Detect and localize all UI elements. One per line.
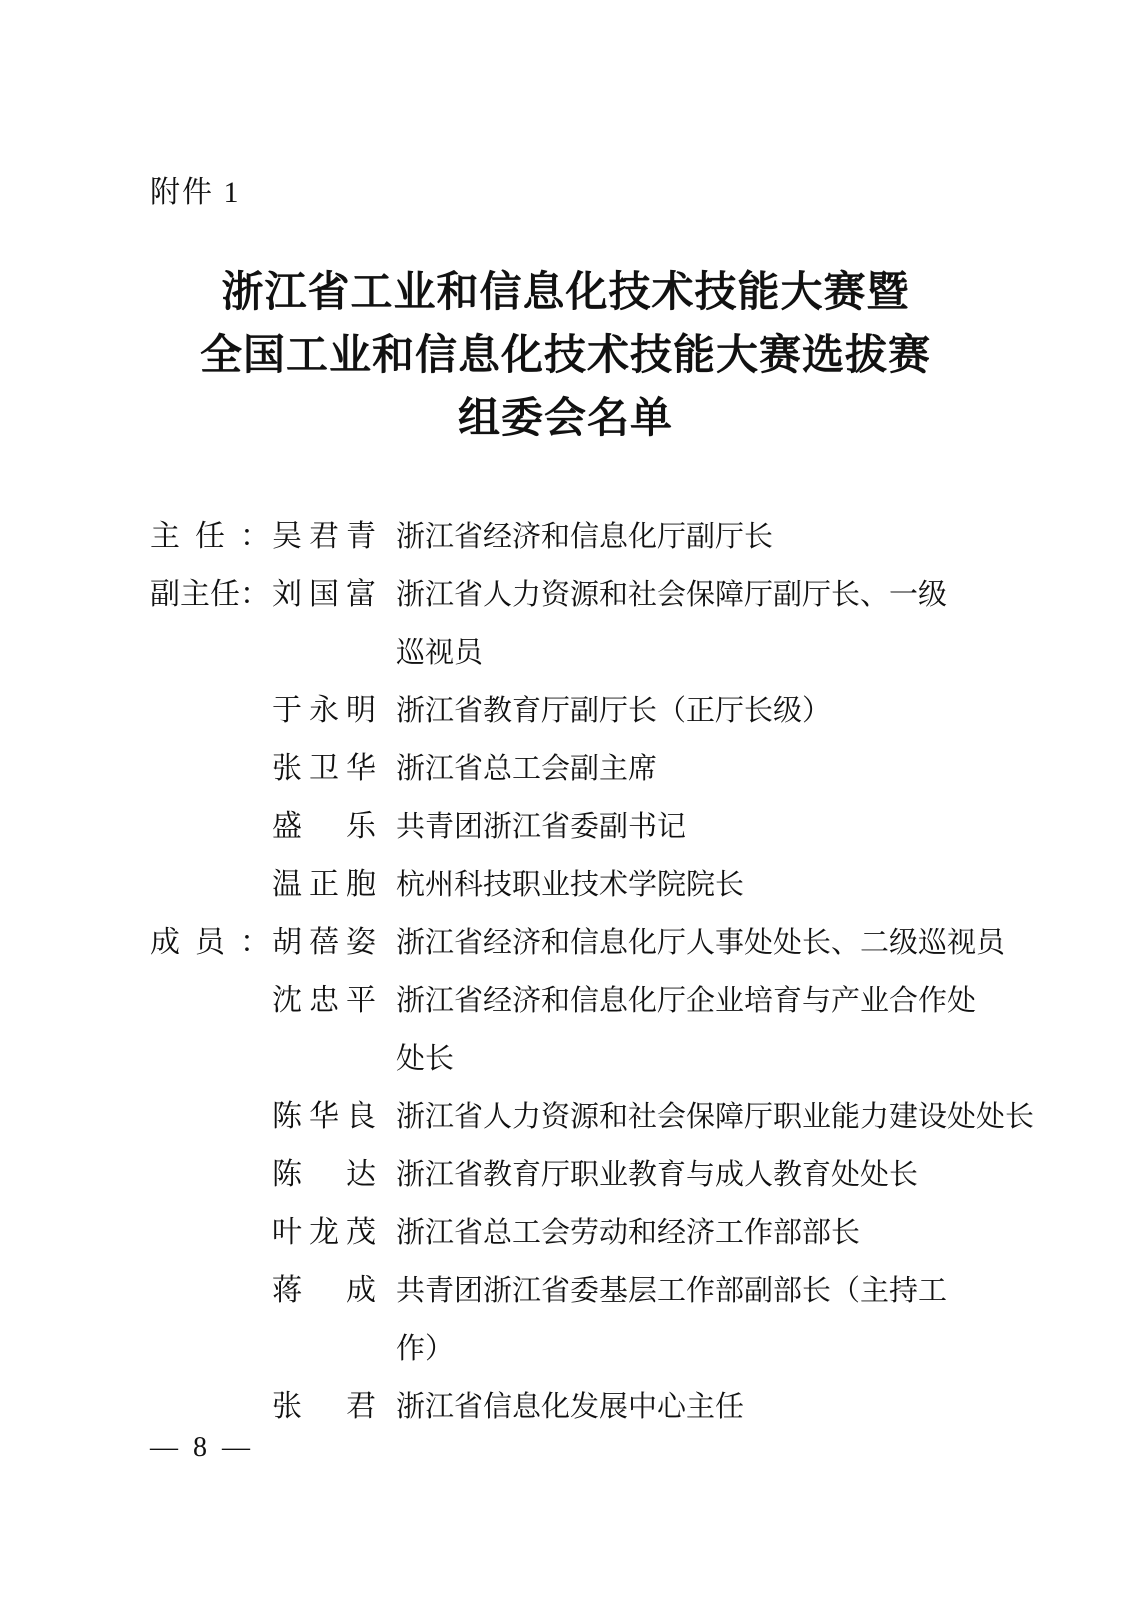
member-title: 浙江省总工会副主席 — [396, 740, 1050, 798]
committee-row: 蒋成 共青团浙江省委基层工作部副部长（主持工 作） — [150, 1262, 1050, 1378]
member-title: 共青团浙江省委副书记 — [396, 798, 1050, 856]
member-name: 盛乐 — [272, 798, 376, 856]
document-title: 浙江省工业和信息化技术技能大赛暨 全国工业和信息化技术技能大赛选拔赛 组委会名单 — [0, 262, 1131, 451]
document-page: 附件 1 浙江省工业和信息化技术技能大赛暨 全国工业和信息化技术技能大赛选拔赛 … — [0, 0, 1131, 1600]
role-label: 副主任： — [150, 566, 270, 624]
member-name: 陈达 — [272, 1146, 376, 1204]
document-title-line-1: 浙江省工业和信息化技术技能大赛暨 — [0, 262, 1131, 325]
member-name: 叶龙茂 — [272, 1204, 376, 1262]
role-label: 成员： — [150, 914, 270, 972]
committee-list: 主任： 吴君青 浙江省经济和信息化厅副厅长 副主任： 刘国富 浙江省人力资源和社… — [150, 508, 1050, 1436]
member-title: 浙江省人力资源和社会保障厅副厅长、一级 巡视员 — [396, 566, 1050, 682]
member-name: 陈华良 — [272, 1088, 376, 1146]
committee-row: 叶龙茂 浙江省总工会劳动和经济工作部部长 — [150, 1204, 1050, 1262]
member-name: 张卫华 — [272, 740, 376, 798]
committee-row: 陈达 浙江省教育厅职业教育与成人教育处处长 — [150, 1146, 1050, 1204]
member-title: 浙江省教育厅职业教育与成人教育处处长 — [396, 1146, 1050, 1204]
role-label: 主任： — [150, 508, 270, 566]
committee-row: 陈华良 浙江省人力资源和社会保障厅职业能力建设处处长 — [150, 1088, 1050, 1146]
member-title: 浙江省信息化发展中心主任 — [396, 1378, 1050, 1436]
attachment-label: 附件 1 — [150, 172, 241, 214]
member-name: 吴君青 — [272, 508, 376, 566]
member-title: 浙江省经济和信息化厅副厅长 — [396, 508, 1050, 566]
member-name: 于永明 — [272, 682, 376, 740]
member-name: 温正胞 — [272, 856, 376, 914]
member-title: 共青团浙江省委基层工作部副部长（主持工 作） — [396, 1262, 1050, 1378]
page-number: — 8 — — [150, 1432, 254, 1464]
committee-row: 盛乐 共青团浙江省委副书记 — [150, 798, 1050, 856]
document-title-line-2: 全国工业和信息化技术技能大赛选拔赛 — [0, 325, 1131, 388]
committee-row: 副主任： 刘国富 浙江省人力资源和社会保障厅副厅长、一级 巡视员 — [150, 566, 1050, 682]
document-title-line-3: 组委会名单 — [0, 388, 1131, 451]
committee-row: 主任： 吴君青 浙江省经济和信息化厅副厅长 — [150, 508, 1050, 566]
committee-row: 成员： 胡蓓姿 浙江省经济和信息化厅人事处处长、二级巡视员 — [150, 914, 1050, 972]
committee-row: 于永明 浙江省教育厅副厅长（正厅长级） — [150, 682, 1050, 740]
member-name: 沈忠平 — [272, 972, 376, 1030]
committee-row: 张君 浙江省信息化发展中心主任 — [150, 1378, 1050, 1436]
member-title: 杭州科技职业技术学院院长 — [396, 856, 1050, 914]
member-name: 蒋成 — [272, 1262, 376, 1320]
member-name: 张君 — [272, 1378, 376, 1436]
member-title: 浙江省总工会劳动和经济工作部部长 — [396, 1204, 1050, 1262]
committee-row: 沈忠平 浙江省经济和信息化厅企业培育与产业合作处 处长 — [150, 972, 1050, 1088]
committee-row: 温正胞 杭州科技职业技术学院院长 — [150, 856, 1050, 914]
member-title: 浙江省教育厅副厅长（正厅长级） — [396, 682, 1050, 740]
member-name: 刘国富 — [272, 566, 376, 624]
member-title: 浙江省人力资源和社会保障厅职业能力建设处处长 — [396, 1088, 1050, 1146]
member-title: 浙江省经济和信息化厅人事处处长、二级巡视员 — [396, 914, 1050, 972]
member-title: 浙江省经济和信息化厅企业培育与产业合作处 处长 — [396, 972, 1050, 1088]
member-name: 胡蓓姿 — [272, 914, 376, 972]
committee-row: 张卫华 浙江省总工会副主席 — [150, 740, 1050, 798]
